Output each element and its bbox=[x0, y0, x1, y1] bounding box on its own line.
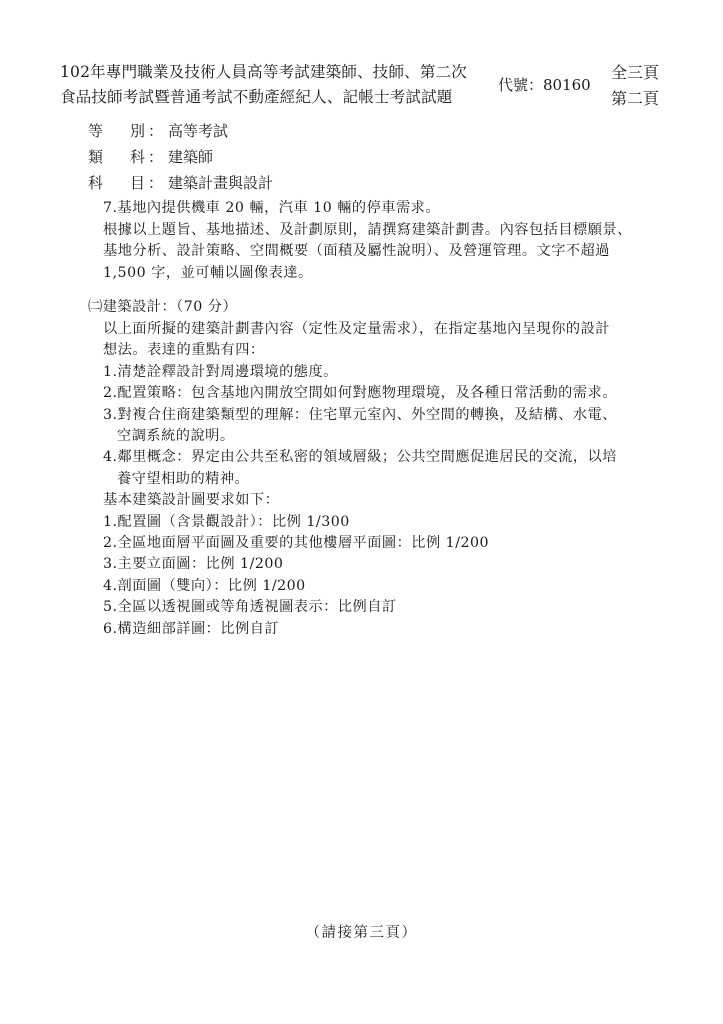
exam-title-line-1: 102年專門職業及技術人員高等考試建築師、技師、第二次 bbox=[60, 60, 467, 85]
part2-heading: ㈡建築設計：（70 分） bbox=[88, 297, 237, 319]
meta-key-char-1: 等 bbox=[88, 118, 130, 144]
drawings-heading: 基本建築設計圖要求如下： bbox=[103, 490, 683, 511]
total-pages: 全三頁 bbox=[611, 60, 659, 86]
meta-value: 高等考試 bbox=[168, 118, 228, 144]
meta-row-level: 等 別 ： 高等考試 bbox=[88, 118, 273, 144]
current-page: 第二頁 bbox=[611, 86, 659, 112]
drawing-requirement: 5.全區以透視圖或等角透視圖表示：比例自訂 bbox=[103, 597, 683, 618]
design-point-4: 4.鄰里概念：界定由公共至私密的領域層級；公共空間應促進居民的交流，以培 bbox=[103, 447, 683, 468]
drawing-requirement: 2.全區地面層平面圖及重要的其他樓層平面圖：比例 1/200 bbox=[103, 533, 683, 554]
page-indicator: 全三頁 第二頁 bbox=[611, 60, 659, 112]
drawing-requirement: 3.主要立面圖：比例 1/200 bbox=[103, 554, 683, 575]
exam-title: 102年專門職業及技術人員高等考試建築師、技師、第二次 食品技師考試暨普通考試不… bbox=[60, 60, 467, 110]
part1-line: 7.基地內提供機車 20 輛，汽車 10 輛的停車需求。 bbox=[103, 198, 678, 220]
meta-key-char-2: 別 bbox=[130, 118, 148, 144]
part1-line: 根據以上題旨、基地描述、及計劃原則，請撰寫建築計劃書。內容包括目標願景、 bbox=[103, 220, 678, 242]
meta-key-char-2: 目 bbox=[130, 170, 148, 196]
design-point-2: 2.配置策略：包含基地內開放空間如何對應物理環境，及各種日常活動的需求。 bbox=[103, 383, 683, 404]
part1-text: 7.基地內提供機車 20 輛，汽車 10 輛的停車需求。 根據以上題旨、基地描述… bbox=[103, 198, 678, 284]
meta-row-category: 類 科 ： 建築師 bbox=[88, 144, 273, 170]
meta-key-char-1: 科 bbox=[88, 170, 130, 196]
exam-meta: 等 別 ： 高等考試 類 科 ： 建築師 科 目 ： 建築計畫與設計 bbox=[88, 118, 273, 196]
meta-value: 建築師 bbox=[168, 144, 213, 170]
meta-colon: ： bbox=[148, 144, 168, 170]
meta-colon: ： bbox=[148, 118, 168, 144]
exam-title-line-2: 食品技師考試暨普通考試不動產經紀人、記帳士考試試題 bbox=[60, 85, 467, 110]
drawing-requirement: 4.剖面圖（雙向）：比例 1/200 bbox=[103, 576, 683, 597]
continue-note: （請接第三頁） bbox=[0, 921, 723, 942]
drawing-requirement: 1.配置圖（含景觀設計）：比例 1/300 bbox=[103, 512, 683, 533]
part2-intro-line: 以上面所擬的建築計劃書內容（定性及定量需求），在指定基地內呈現你的設計 bbox=[103, 319, 683, 340]
meta-value: 建築計畫與設計 bbox=[168, 170, 273, 196]
meta-key-char-1: 類 bbox=[88, 144, 130, 170]
meta-row-subject: 科 目 ： 建築計畫與設計 bbox=[88, 170, 273, 196]
part2-text: 以上面所擬的建築計劃書內容（定性及定量需求），在指定基地內呈現你的設計 想法。表… bbox=[103, 319, 683, 640]
exam-code: 代號：80160 bbox=[498, 74, 591, 95]
design-point-3-cont: 空調系統的說明。 bbox=[103, 426, 683, 447]
part1-line: 1,500 字，並可輔以圖像表達。 bbox=[103, 263, 678, 285]
exam-page: 102年專門職業及技術人員高等考試建築師、技師、第二次 食品技師考試暨普通考試不… bbox=[0, 0, 723, 1024]
drawing-requirement: 6.構造細部詳圖：比例自訂 bbox=[103, 619, 683, 640]
design-point-3: 3.對複合住商建築類型的理解：住宅單元室內、外空間的轉換，及結構、水電、 bbox=[103, 405, 683, 426]
part2-intro-line: 想法。表達的重點有四： bbox=[103, 340, 683, 361]
meta-colon: ： bbox=[148, 170, 168, 196]
meta-key-char-2: 科 bbox=[130, 144, 148, 170]
design-point-1: 1.清楚詮釋設計對周邊環境的態度。 bbox=[103, 362, 683, 383]
part1-line: 基地分析、設計策略、空間概要（面積及屬性說明）、及營運管理。文字不超過 bbox=[103, 241, 678, 263]
design-point-4-cont: 養守望相助的精神。 bbox=[103, 469, 683, 490]
